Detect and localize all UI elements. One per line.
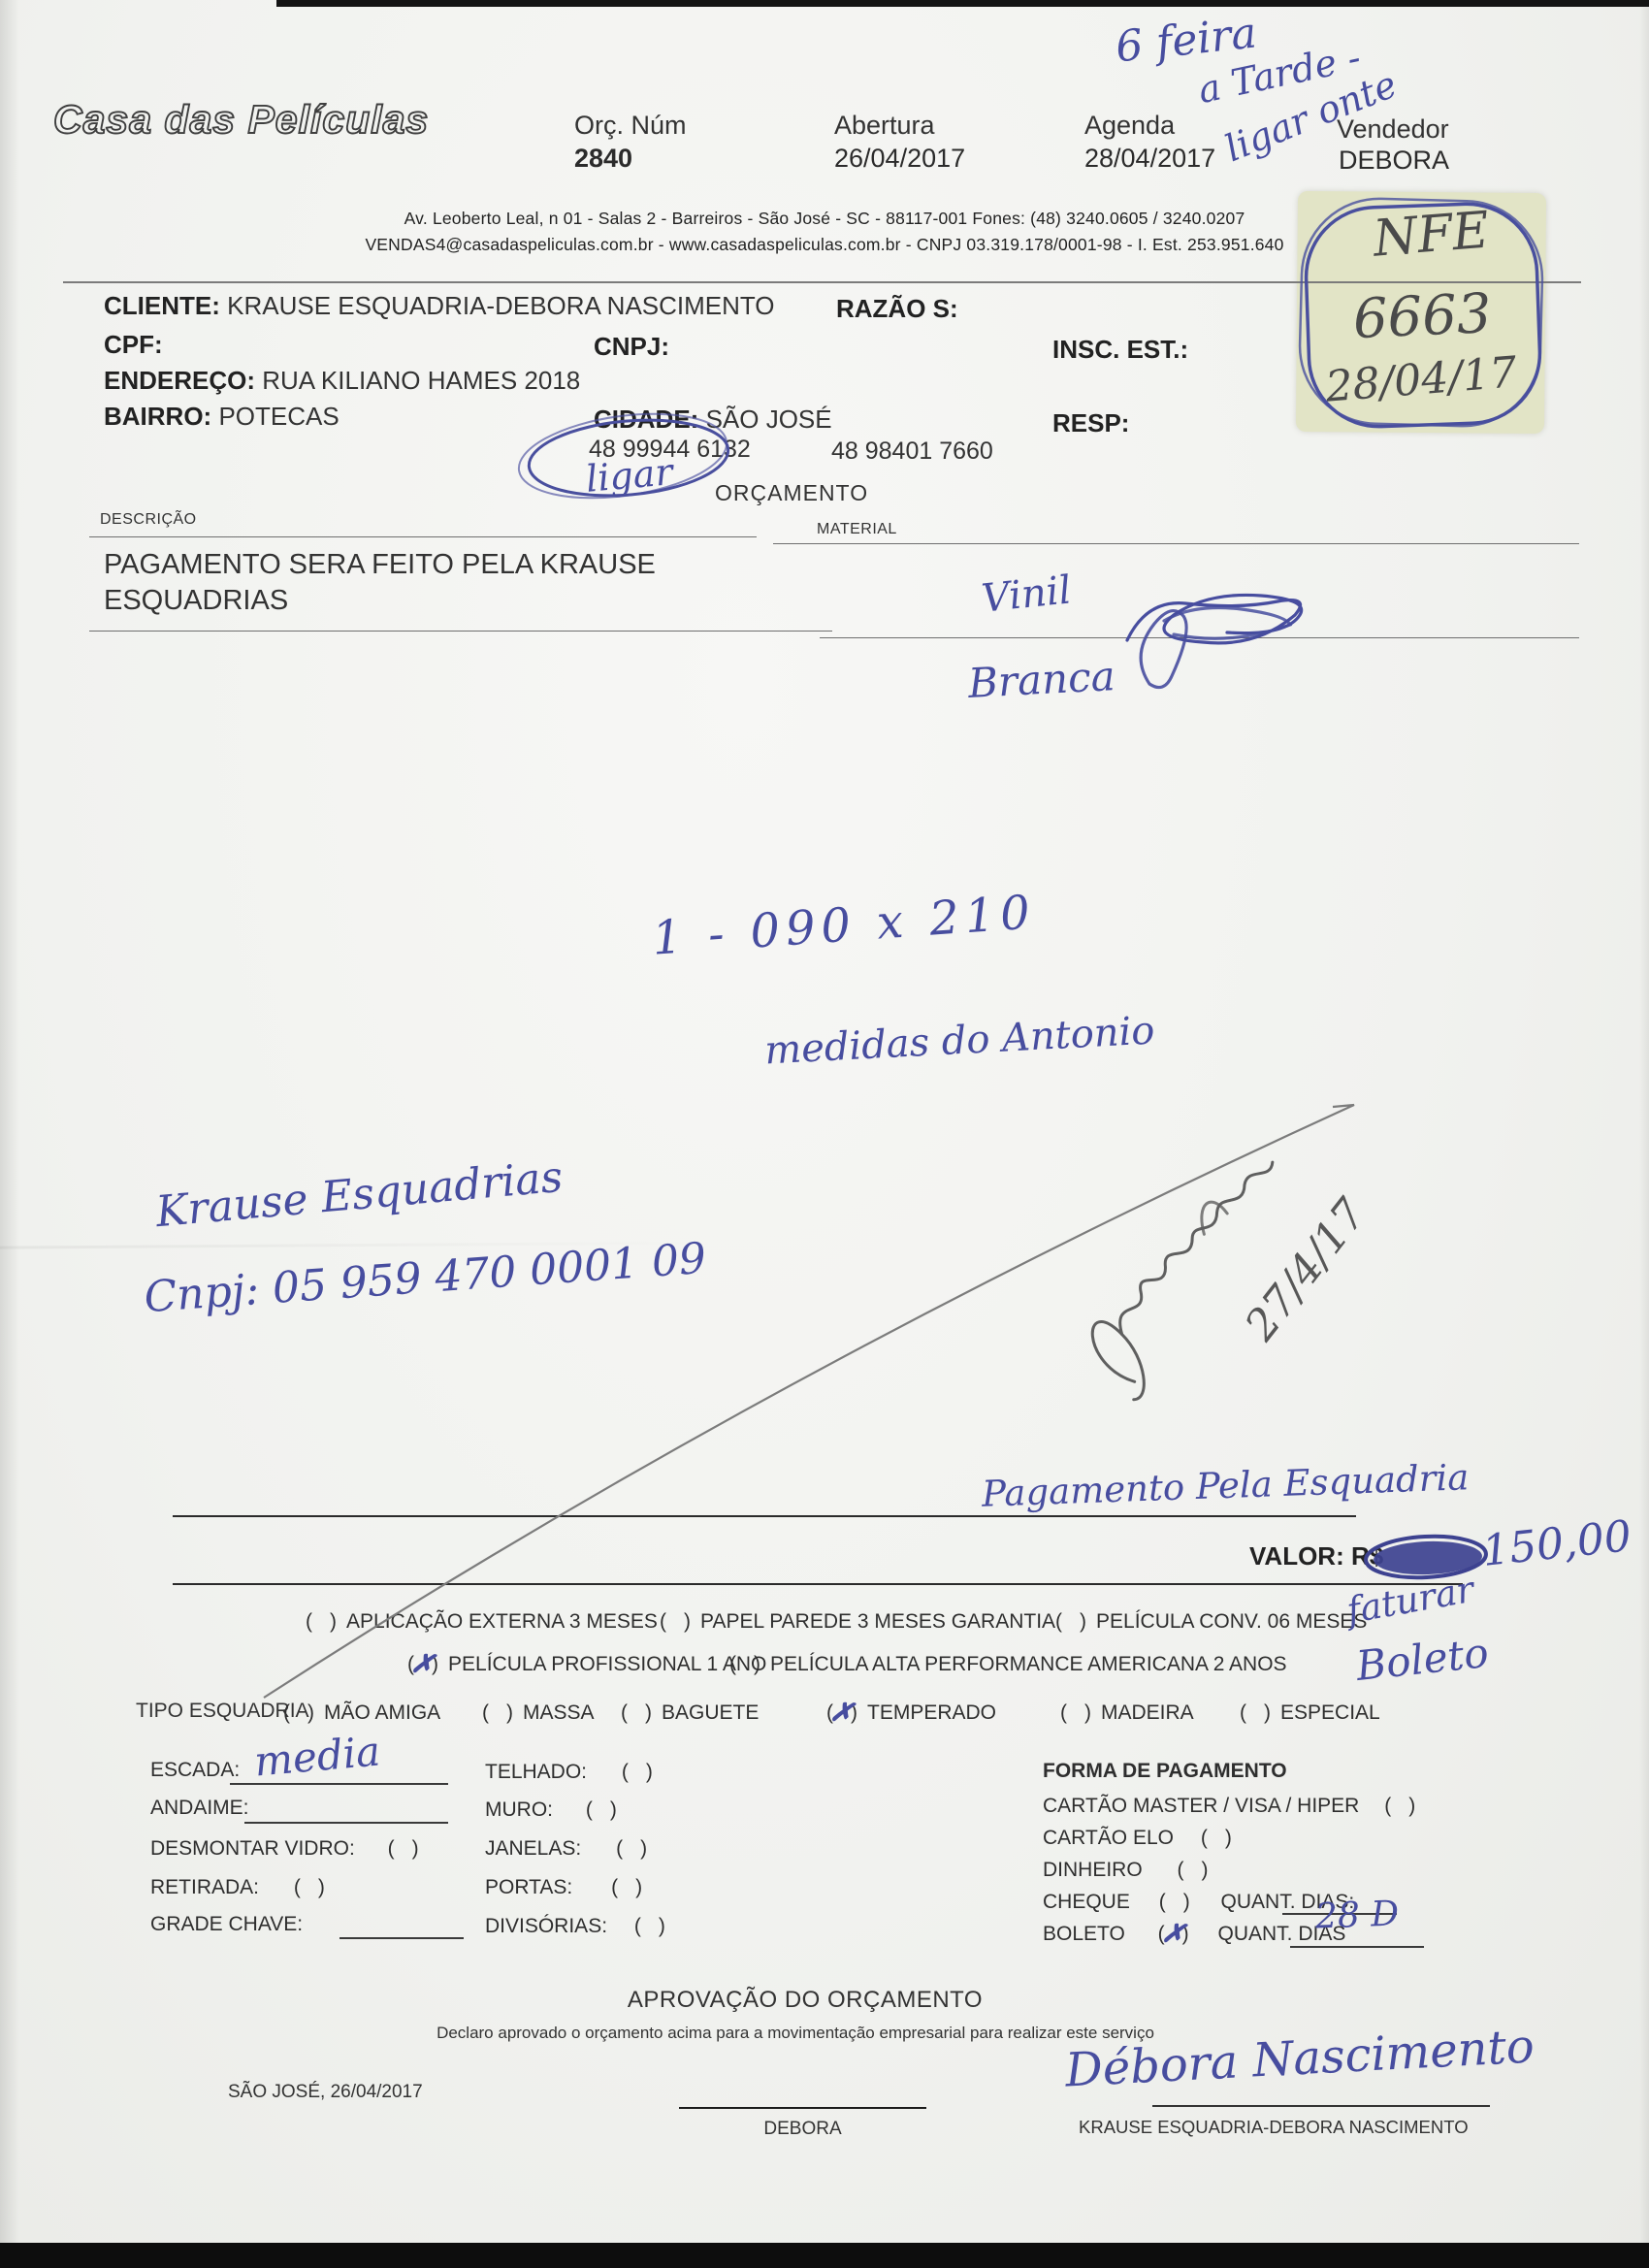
field-label-abertura: Abertura — [834, 111, 935, 141]
endereco-row: ENDEREÇO: RUA KILIANO HAMES 2018 — [104, 366, 580, 396]
bairro-label: BAIRRO: — [104, 402, 211, 431]
endereco-value: RUA KILIANO HAMES 2018 — [262, 366, 580, 395]
checkbox-telhado[interactable]: TELHADO: (✗) — [485, 1759, 653, 1784]
checkbox-cartao-master[interactable]: CARTÃO MASTER / VISA / HIPER (✗) — [1043, 1793, 1415, 1818]
checkbox-divisorias[interactable]: DIVISÓRIAS: (✗) — [485, 1913, 665, 1938]
handwritten-faturar: faturar — [1343, 1569, 1476, 1632]
checkbox-pelicula-profissional[interactable]: (✗)PELÍCULA PROFISSIONAL 1 ANO — [407, 1651, 766, 1676]
checkbox-muro[interactable]: MURO: (✗) — [485, 1797, 617, 1822]
checkbox-dinheiro[interactable]: DINHEIRO (✗) — [1043, 1857, 1209, 1882]
resp-label[interactable]: RESP: — [1052, 408, 1129, 438]
cidade-value: SÃO JOSÉ — [706, 405, 832, 434]
bairro-row: BAIRRO: POTECAS — [104, 402, 339, 432]
checkbox-cheque[interactable]: CHEQUE (✗) QUANT. DIAS: — [1043, 1889, 1354, 1914]
scanned-order-form: NFE 6663 28/04/17 Casa das Películas Orç… — [0, 0, 1649, 2268]
checkbox-massa[interactable]: (✗)MASSA — [482, 1700, 595, 1725]
handwritten-material-color: Branca — [967, 652, 1116, 707]
checkbox-portas[interactable]: PORTAS: (✗) — [485, 1874, 642, 1899]
cpf-label[interactable]: CPF: — [104, 330, 163, 360]
andaime-fill-line[interactable] — [244, 1822, 448, 1824]
checkbox-retirada[interactable]: RETIRADA: (✗) — [150, 1874, 325, 1899]
cliente-label: CLIENTE: — [104, 291, 220, 320]
company-logo: Casa das Películas — [53, 97, 429, 143]
material-scribble — [1127, 595, 1302, 687]
handwritten-measure: 1 - 090 x 210 — [651, 885, 1038, 965]
company-address-line2: VENDAS4@casadaspeliculas.com.br - www.ca… — [0, 235, 1649, 255]
checkbox-temperado[interactable]: (✗)TEMPERADO — [826, 1700, 996, 1725]
x-mark: ✗ — [828, 1694, 857, 1730]
checkbox-madeira[interactable]: (✗)MADEIRA — [1060, 1700, 1194, 1725]
scan-bottom-edge — [0, 2243, 1649, 2268]
descricao-text-line2[interactable]: ESQUADRIAS — [104, 585, 288, 617]
handwritten-escada: media — [252, 1727, 382, 1785]
pencil-signature-date: 27/4/17 — [1236, 1189, 1376, 1349]
descricao-bottom-line — [89, 631, 832, 632]
x-mark: ✗ — [1159, 1915, 1187, 1951]
handwritten-boleto-dias: 28 D — [1314, 1895, 1400, 1937]
checkbox-baguete[interactable]: (✗)BAGUETE — [621, 1700, 759, 1725]
descricao-header-line — [89, 536, 757, 537]
signature-line-krause[interactable] — [1152, 2105, 1490, 2107]
grade-chave-label: GRADE CHAVE: — [150, 1913, 303, 1936]
bairro-value: POTECAS — [218, 402, 339, 431]
handwritten-boleto: Boleto — [1354, 1629, 1491, 1690]
notes-line-1[interactable] — [173, 1515, 1356, 1517]
orcamento-title: ORÇAMENTO — [715, 480, 868, 506]
material-bottom-line — [820, 637, 1579, 638]
sticky-note-date: 28/04/17 — [1324, 347, 1519, 411]
scan-right-shadow — [1639, 0, 1649, 2268]
handwritten-payment-note: Pagamento Pela Esquadria — [981, 1456, 1470, 1515]
field-value-agenda: 28/04/2017 — [1084, 144, 1215, 174]
boleto-dias-fill-line[interactable] — [1290, 1946, 1424, 1948]
header-divider — [63, 281, 1581, 283]
checkbox-aplicacao-externa[interactable]: (✗)APLICAÇÃO EXTERNA 3 MESES — [306, 1608, 658, 1634]
field-label-orc-num: Orç. Núm — [574, 111, 687, 141]
handwritten-material: Vinil — [980, 567, 1074, 621]
signature-name-debora: DEBORA — [679, 2119, 926, 2140]
andaime-label: ANDAIME: — [150, 1797, 249, 1820]
handwritten-measure-note: medidas do Antonio — [763, 1008, 1155, 1073]
checkbox-cartao-elo[interactable]: CARTÃO ELO (✗) — [1043, 1825, 1232, 1850]
handwritten-company: Krause Esquadrias — [154, 1152, 565, 1237]
material-label: MATERIAL — [817, 521, 897, 538]
client-name-row: CLIENTE: KRAUSE ESQUADRIA-DEBORA NASCIME… — [104, 291, 775, 321]
field-value-abertura: 26/04/2017 — [834, 144, 965, 174]
checkbox-especial[interactable]: (✗)ESPECIAL — [1240, 1700, 1380, 1725]
scan-top-edge — [276, 0, 1649, 7]
razao-label: RAZÃO S: — [836, 294, 958, 324]
field-label-agenda: Agenda — [1084, 111, 1175, 141]
grade-chave-fill-line[interactable] — [339, 1937, 464, 1939]
cliente-value: KRAUSE ESQUADRIA-DEBORA NASCIMENTO — [227, 291, 774, 320]
insc-est-label[interactable]: INSC. EST.: — [1052, 335, 1188, 365]
checkbox-janelas[interactable]: JANELAS: (✗) — [485, 1835, 647, 1861]
escada-label: ESCADA: — [150, 1759, 240, 1782]
cidade-label: CIDADE: — [594, 405, 698, 434]
checkbox-papel-parede[interactable]: (✗)PAPEL PAREDE 3 MESES GARANTIA — [660, 1608, 1055, 1634]
sticky-note-number: 6663 — [1352, 282, 1493, 351]
aprovacao-title: APROVAÇÃO DO ORÇAMENTO — [0, 1987, 1610, 2014]
scan-left-shadow — [0, 0, 19, 2268]
valor-label: VALOR: R$ — [1249, 1541, 1383, 1571]
checkbox-desmontar-vidro[interactable]: DESMONTAR VIDRO: (✗) — [150, 1835, 419, 1861]
phone-2: 48 98401 7660 — [831, 437, 993, 466]
checkbox-pelicula-conv[interactable]: (✗)PELÍCULA CONV. 06 MESES — [1055, 1608, 1367, 1634]
notes-line-2[interactable] — [173, 1583, 1463, 1585]
company-address-line1: Av. Leoberto Leal, n 01 - Salas 2 - Barr… — [0, 209, 1649, 229]
checkbox-pelicula-alta-performance[interactable]: (✗)PELÍCULA ALTA PERFORMANCE AMERICANA 2… — [729, 1651, 1287, 1676]
forma-pagamento-title: FORMA DE PAGAMENTO — [1043, 1760, 1287, 1783]
signature-name-krause: KRAUSE ESQUADRIA-DEBORA NASCIMENTO — [1079, 2117, 1469, 2138]
descricao-label: DESCRIÇÃO — [100, 511, 197, 529]
city-date: SÃO JOSÉ, 26/04/2017 — [228, 2082, 423, 2103]
cidade-row: CIDADE: SÃO JOSÉ — [594, 405, 832, 435]
descricao-text-line1[interactable]: PAGAMENTO SERA FEITO PELA KRAUSE — [104, 549, 656, 581]
checkbox-boleto[interactable]: BOLETO (✗) QUANT. DIAS — [1043, 1921, 1345, 1946]
material-header-line — [773, 543, 1579, 544]
checkbox-mao-amiga[interactable]: (✗)MÃO AMIGA — [283, 1700, 440, 1725]
handwritten-ligar: ligar — [584, 450, 674, 501]
field-value-orc-num: 2840 — [574, 144, 632, 174]
signature-line-debora[interactable] — [679, 2107, 926, 2109]
x-mark: ✗ — [409, 1645, 437, 1681]
endereco-label: ENDEREÇO: — [104, 366, 255, 395]
field-value-vendedor: DEBORA — [1339, 146, 1449, 176]
handwritten-valor: 150,00 — [1480, 1511, 1633, 1576]
cnpj-label[interactable]: CNPJ: — [594, 332, 669, 362]
